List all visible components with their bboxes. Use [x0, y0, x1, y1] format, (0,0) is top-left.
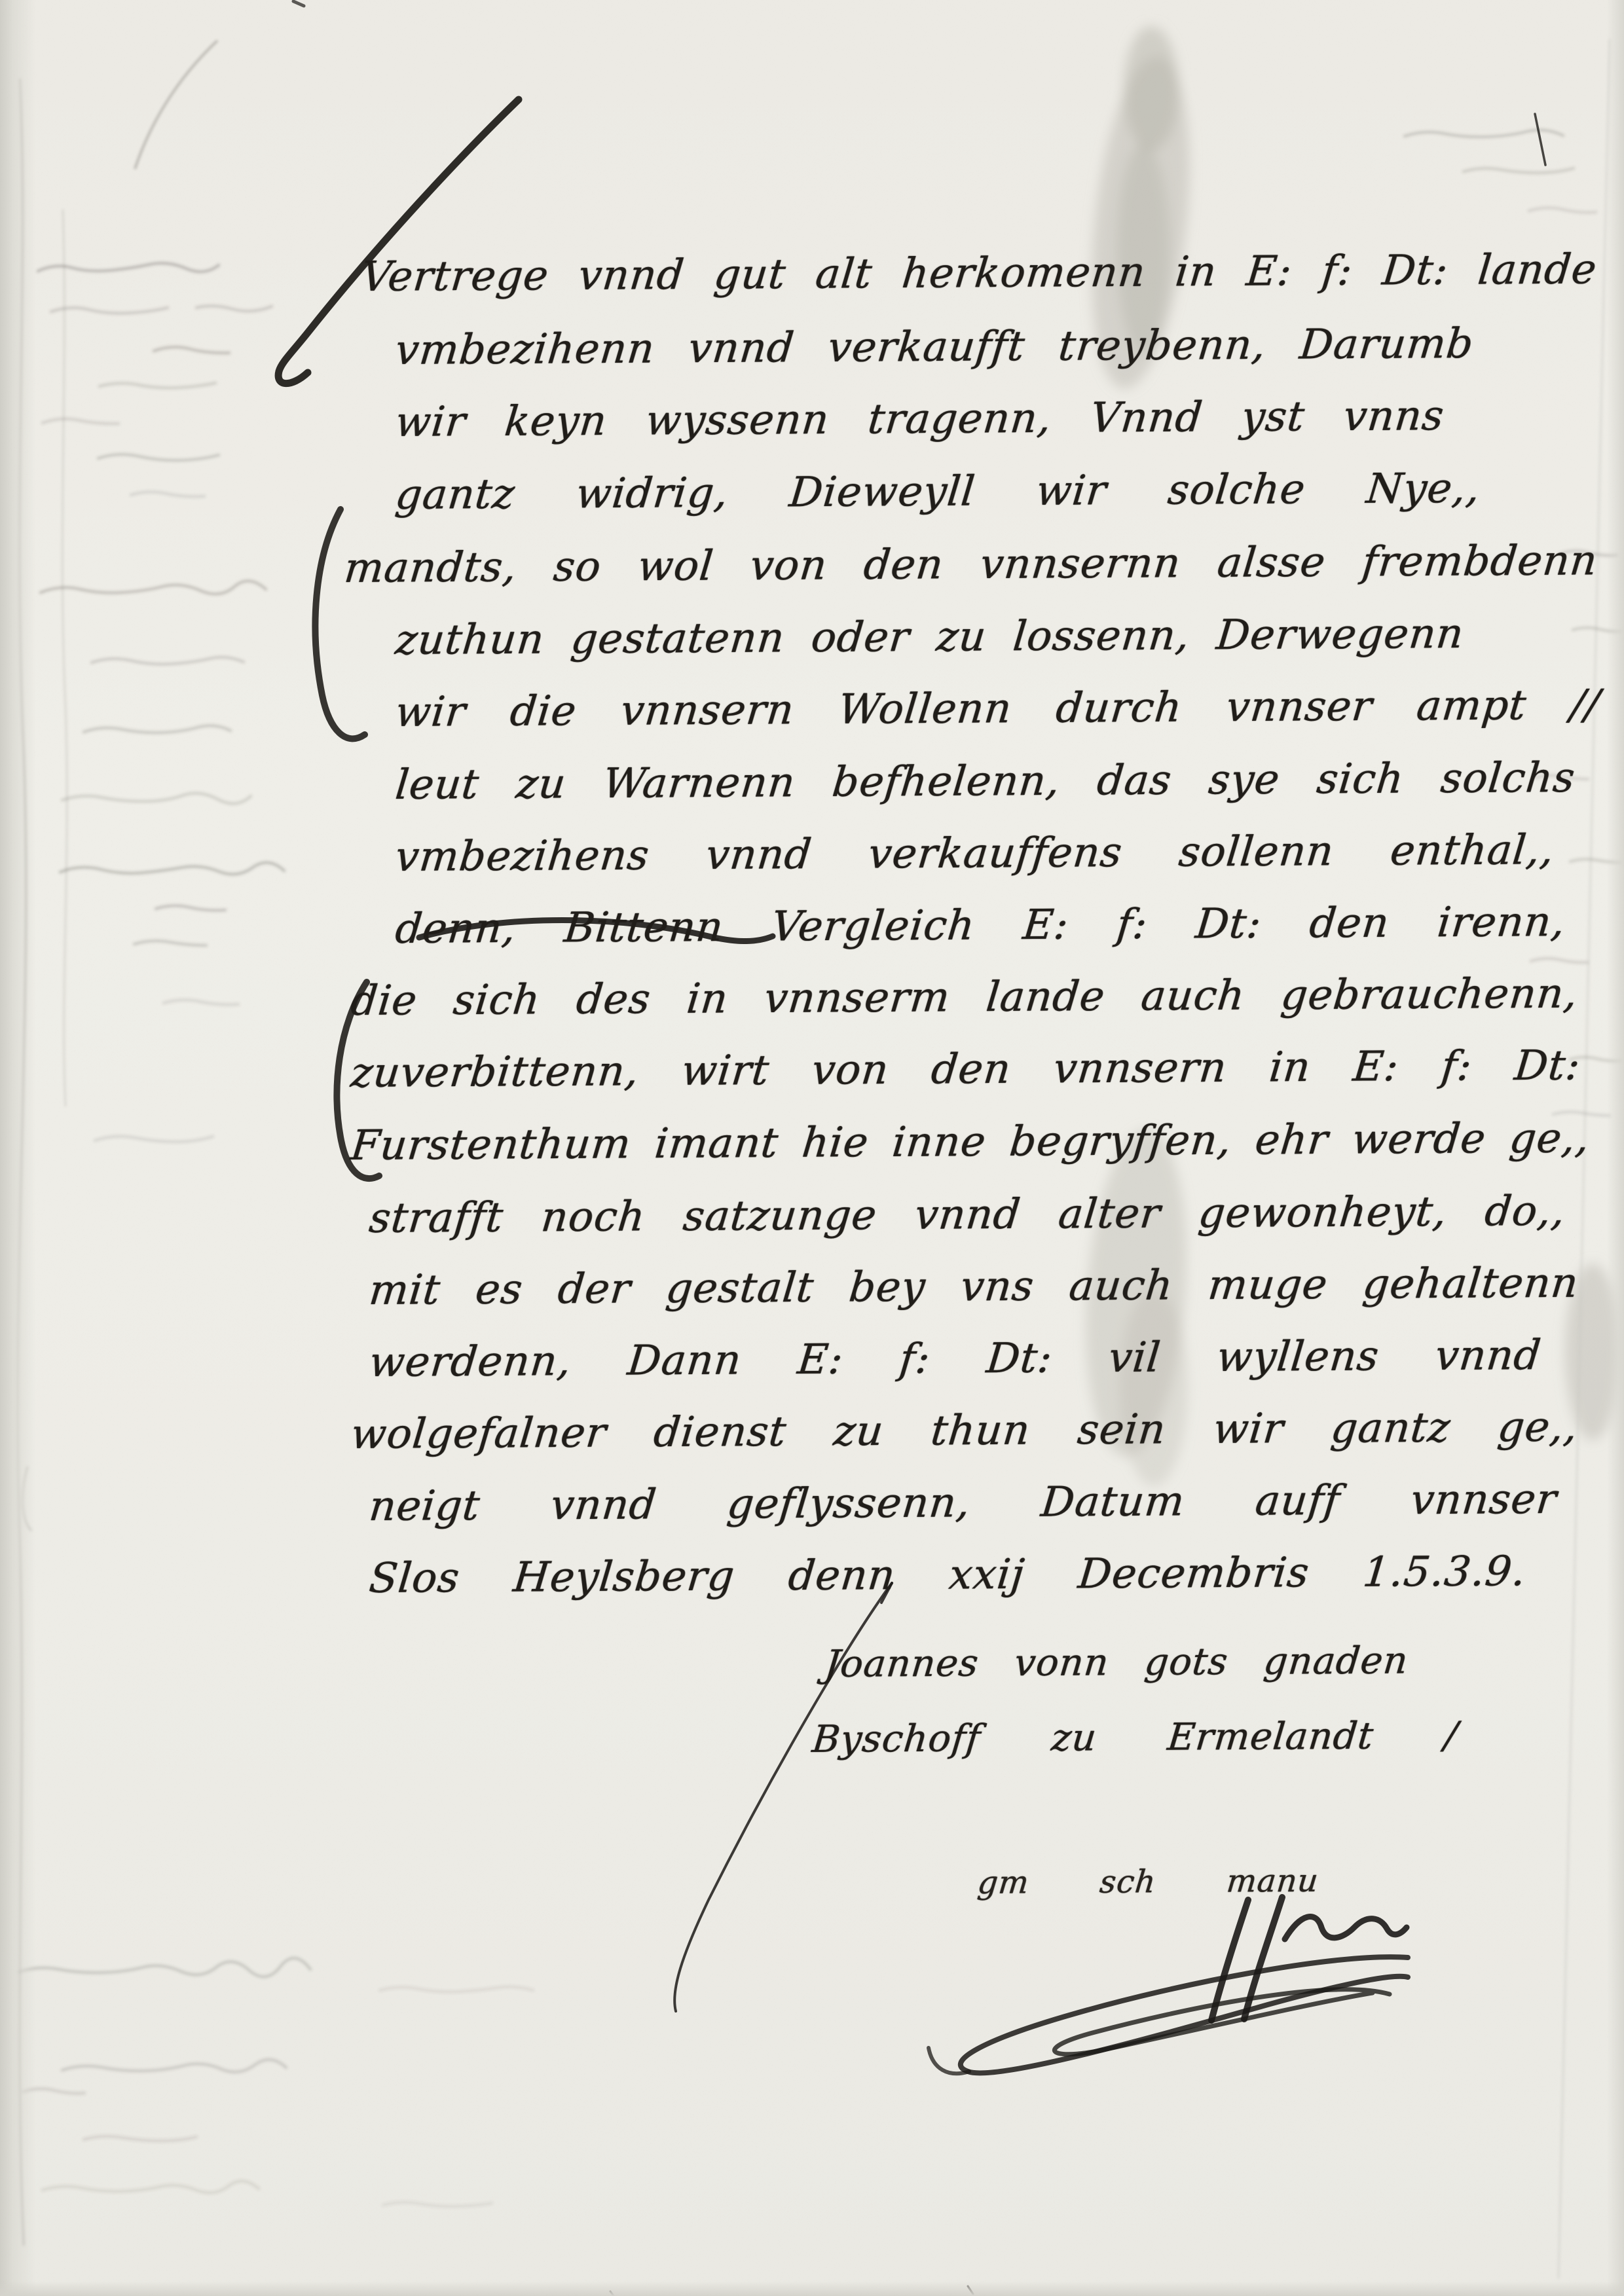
manuscript-line: wir die vnnsern Wollenn durch vnnser amp…: [393, 678, 1602, 739]
manuscript-line: zuthun gestatenn oder zu lossenn, Derweg…: [393, 607, 1466, 667]
manuscript-line: die sich des in vnnserm lande auch gebra…: [348, 967, 1580, 1028]
manuscript-page: Vertrege vnnd gut alt herkomenn in E: f:…: [0, 0, 1624, 2296]
manuscript-line: zuverbittenn, wirt von den vnnsern in E:…: [348, 1039, 1583, 1100]
manu-propria-note: gm sch manu: [976, 1861, 1321, 1904]
manuscript-line: gantz widrig, Dieweyll wir solche Nye,,: [393, 462, 1483, 522]
manuscript-line: Slos Heylsberg denn xxij Decembris 1.5.3…: [367, 1544, 1528, 1605]
signature-name-line: Joannes vonn gots gnaden: [822, 1637, 1411, 1689]
manuscript-text-block: Vertrege vnnd gut alt herkomenn in E: f:…: [0, 0, 1624, 2296]
manuscript-line: mit es der gestalt bey vns auch muge geh…: [367, 1256, 1581, 1317]
manuscript-line: leut zu Warnenn befhelenn, das sye sich …: [393, 751, 1578, 812]
manuscript-line: Vertrege vnnd gut alt herkomenn in E: f:…: [359, 242, 1599, 303]
manuscript-line: strafft noch satzunge vnnd alter gewonhe…: [367, 1184, 1568, 1245]
signature-title-line: Byschoff zu Ermelandt /: [810, 1711, 1460, 1764]
manuscript-line: werdenn, Dann E: f: Dt: vil wyllens vnnd: [367, 1328, 1543, 1389]
manuscript-line: wir keyn wyssenn tragenn, Vnnd yst vnns: [393, 389, 1447, 449]
manuscript-line: Furstenthum imant hie inne begryffen, eh…: [348, 1111, 1592, 1172]
manuscript-line: neigt vnnd geflyssenn, Datum auff vnnser: [367, 1472, 1559, 1533]
manuscript-line: vmbezihens vnnd verkauffens sollenn enth…: [393, 823, 1557, 884]
manuscript-line: wolgefalner dienst zu thun sein wir gant…: [348, 1400, 1580, 1461]
manuscript-line: mandts, so wol von den vnnsernn alsse fr…: [342, 534, 1600, 595]
manuscript-line: vmbezihenn vnnd verkaufft treybenn, Daru…: [393, 317, 1476, 377]
manuscript-line: denn, Bittenn Vergleich E: f: Dt: den ir…: [393, 895, 1568, 956]
